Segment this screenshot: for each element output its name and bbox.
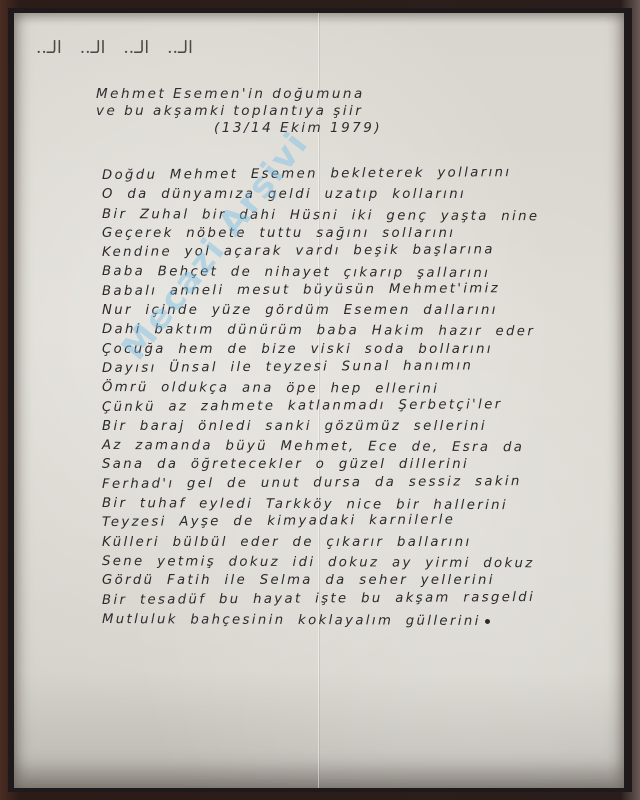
poem-line: Ferhad'ı gel de unut dursa da sessiz sak… — [102, 471, 622, 494]
end-dot — [485, 618, 490, 623]
poem-line: Mutluluk bahçesinin koklayalım güllerini — [102, 610, 622, 632]
poem-line: Doğdu Mehmet Esemen bekleterek yollarını — [102, 162, 622, 185]
title-line-1: Mehmet Esemen'in doğumuna — [96, 86, 436, 103]
title-date: (13/14 Ekim 1979) — [96, 120, 436, 137]
poem-line: Bir Zuhal bir dahi Hüsni iki genç yaşta … — [102, 205, 622, 227]
arabic-mark: الـ.. — [167, 38, 193, 58]
poem-line: Dayısı Ünsal ile teyzesi Sunal hanımın — [102, 355, 622, 378]
poem-line: Dahi baktım dünürüm baba Hakim hazır ede… — [102, 320, 622, 342]
poem-line: O da dünyamıza geldi uzatıp kollarını — [102, 185, 622, 204]
poem-line: Nur içinde yüze gördüm Esemen dallarını — [102, 301, 622, 320]
poem-body: Doğdu Mehmet Esemen bekleterek yollarını… — [102, 166, 622, 629]
poem-line: Teyzesi Ayşe de kimyadaki karnilerle — [102, 510, 622, 533]
poem-title: Mehmet Esemen'in doğumuna ve bu akşamki … — [96, 86, 436, 137]
poem-line: Bir baraj önledi sanki gözümüz sellerini — [102, 417, 622, 436]
arabic-mark: الـ.. — [123, 38, 149, 58]
picture-frame: الـ.. الـ.. الـ.. الـ.. Mehmet Esemen'in… — [0, 0, 640, 800]
poem-line: Külleri bülbül eder de çıkarır ballarını — [102, 533, 622, 552]
poem-line: Çünkü az zahmete katlanmadı Şerbetçi'ler — [102, 394, 622, 417]
handwritten-paper: الـ.. الـ.. الـ.. الـ.. Mehmet Esemen'in… — [14, 13, 624, 788]
arabic-header-marks: الـ.. الـ.. الـ.. الـ.. — [36, 38, 193, 58]
arabic-mark: الـ.. — [80, 38, 106, 58]
title-line-2: ve bu akşamki toplantıya şiir — [96, 103, 436, 120]
poem-line: Babalı anneli mesut büyüsün Mehmet'imiz — [102, 278, 622, 301]
poem-line: Bir tesadüf bu hayat işte bu akşam rasge… — [102, 587, 622, 610]
poem-line: Sene yetmiş dokuz idi dokuz ay yirmi dok… — [102, 552, 622, 574]
arabic-mark: الـ.. — [36, 38, 62, 58]
poem-line: Kendine yol açarak vardı beşik başlarına — [102, 240, 622, 263]
poem-line: Az zamanda büyü Mehmet, Ece de, Esra da — [102, 436, 622, 458]
